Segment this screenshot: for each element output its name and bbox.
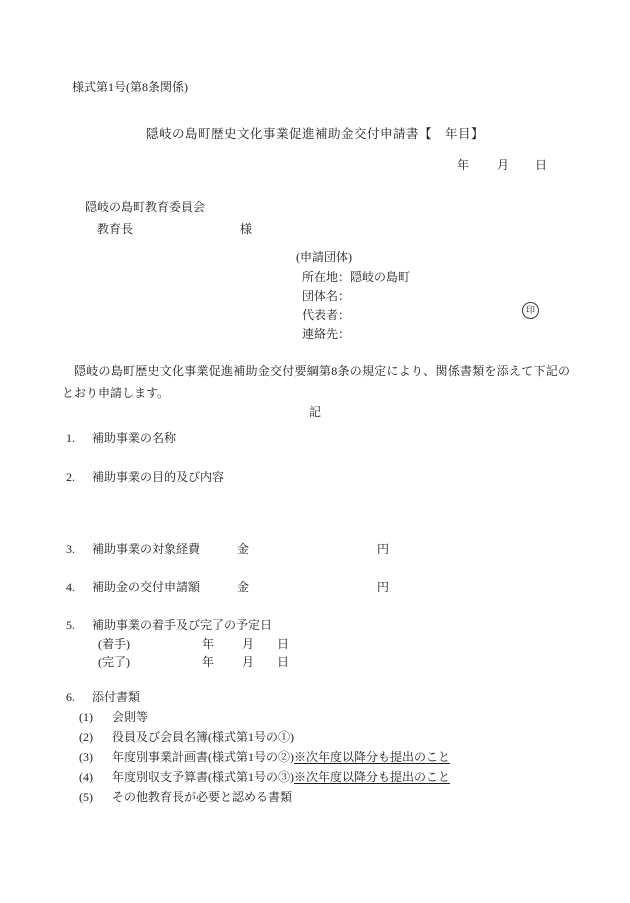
attachment-4-text: 年度別収支予算書(様式第1号の③)※次年度以降分も提出のこと [112,769,450,786]
item-5-end-row: (完了) 年 月 日 [0,654,630,671]
item-4-amount-suffix: 円 [377,579,389,596]
item-3-label: 補助事業の対象経費 [92,541,200,558]
applicant-representative-field: 代表者： [302,307,350,324]
applicant-heading: (申請団体) [296,249,352,266]
attachment-row-3: (3) 年度別事業計画書(様式第1号の②)※次年度以降分も提出のこと [0,749,630,766]
form-number-row: 様式第1号(第8条関係) [0,79,630,96]
start-date-label: (着手) [98,636,130,653]
page-title-row: 隠岐の島町歴史文化事業促進補助金交付申請書【 年目】 [0,126,630,143]
addressee-organization-row: 隠岐の島町教育委員会 [0,199,630,216]
applicant-address-row: 所在地：隠岐の島町 [0,269,630,286]
attachment-3-text: 年度別事業計画書(様式第1号の②)※次年度以降分も提出のこと [112,749,450,766]
page-title: 隠岐の島町歴史文化事業促進補助金交付申請書【 年目】 [146,127,484,141]
item-1-row: 1. 補助事業の名称 [0,430,630,447]
item-5-label: 補助事業の着手及び完了の予定日 [92,617,272,634]
item-4-number: 4. [66,579,75,596]
addressee-role: 教育長 [97,221,133,238]
attachment-row-2: (2) 役員及び会員名簿(様式第1号の①) [0,729,630,746]
item-5-start-row: (着手) 年 月 日 [0,636,630,653]
item-5-row: 5. 補助事業の着手及び完了の予定日 [0,617,630,634]
end-year-label: 年 [202,654,214,671]
applicant-address-field: 所在地：隠岐の島町 [302,269,410,286]
seal-mark-icon: 印 [522,302,539,319]
date-month-label: 月 [497,157,509,174]
item-3-amount-suffix: 円 [377,541,389,558]
start-year-label: 年 [202,636,214,653]
attachment-5-text: その他教育長が必要と認める書類 [112,789,292,806]
start-day-label: 日 [277,636,289,653]
attachment-5-number: (5) [79,789,93,806]
attachment-4-number: (4) [79,769,93,786]
item-5-number: 5. [66,617,75,634]
attachment-3-note: ※次年度以降分も提出のこと [294,750,450,764]
body-paragraph: 隠岐の島町歴史文化事業促進補助金交付要綱第8条の規定により、関係書類を添えて下記… [62,360,570,404]
end-day-label: 日 [277,654,289,671]
list-marker-row: 記 [0,404,630,421]
attachment-row-4: (4) 年度別収支予算書(様式第1号の③)※次年度以降分も提出のこと [0,769,630,786]
applicant-contact-row: 連絡先： [0,326,630,343]
item-3-amount-prefix: 金 [237,541,249,558]
application-form-page: 様式第1号(第8条関係) 隠岐の島町歴史文化事業促進補助金交付申請書【 年目】 … [0,0,630,903]
applicant-org-name-row: 団体名： [0,288,630,305]
item-2-label: 補助事業の目的及び内容 [92,469,224,486]
date-row: 年 月 日 [0,157,630,174]
attachment-1-text: 会則等 [112,709,148,726]
item-6-number: 6. [66,689,75,706]
list-marker: 記 [309,405,321,419]
item-4-label: 補助金の交付申請額 [92,579,200,596]
item-3-number: 3. [66,541,75,558]
item-4-row: 4. 補助金の交付申請額 金 円 [0,579,630,596]
attachment-2-number: (2) [79,729,93,746]
addressee-honorific: 様 [240,221,252,238]
applicant-org-name-field: 団体名： [302,288,350,305]
date-year-label: 年 [457,157,469,174]
attachment-3-number: (3) [79,749,93,766]
attachment-4-note: ※次年度以降分も提出のこと [294,770,450,784]
form-number: 様式第1号(第8条関係) [72,79,188,96]
item-1-label: 補助事業の名称 [92,430,176,447]
item-2-row: 2. 補助事業の目的及び内容 [0,469,630,486]
item-2-number: 2. [66,469,75,486]
item-1-number: 1. [66,430,75,447]
start-month-label: 月 [242,636,254,653]
item-6-row: 6. 添付書類 [0,689,630,706]
item-6-label: 添付書類 [92,689,140,706]
applicant-heading-row: (申請団体) [0,249,630,266]
end-date-label: (完了) [98,654,130,671]
addressee-role-row: 教育長 様 [0,221,630,238]
attachment-row-1: (1) 会則等 [0,709,630,726]
addressee-organization: 隠岐の島町教育委員会 [85,199,205,216]
date-day-label: 日 [535,157,547,174]
attachment-row-5: (5) その他教育長が必要と認める書類 [0,789,630,806]
attachment-1-number: (1) [79,709,93,726]
end-month-label: 月 [242,654,254,671]
attachment-2-text: 役員及び会員名簿(様式第1号の①) [112,729,294,746]
item-4-amount-prefix: 金 [237,579,249,596]
applicant-contact-field: 連絡先： [302,326,350,343]
item-3-row: 3. 補助事業の対象経費 金 円 [0,541,630,558]
